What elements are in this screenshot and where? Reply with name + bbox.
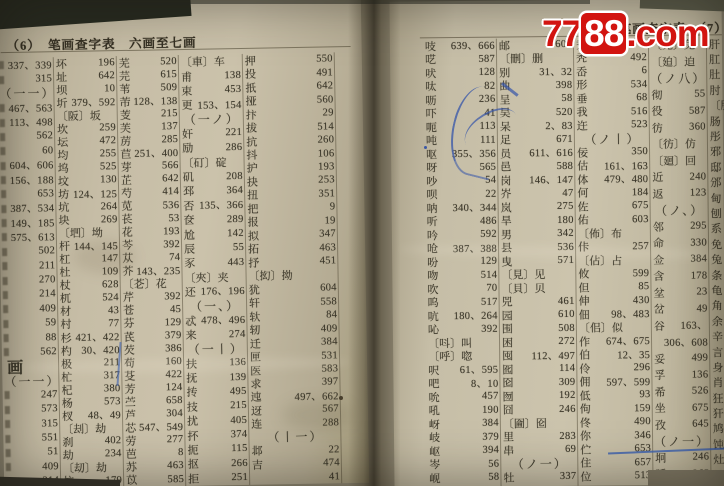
entry-character: （ノ、）	[655, 201, 704, 219]
entry-row: 返123	[651, 185, 707, 202]
entry-page-number: 639、666	[451, 38, 496, 53]
entry-character: 肠	[709, 113, 721, 129]
entry-row: 〔夾〕夹	[183, 269, 245, 284]
entry-page-number: 330	[690, 237, 708, 248]
entry-page-number: 22	[328, 444, 340, 455]
entry-page-number: 193	[318, 161, 336, 172]
clipped-character	[0, 147, 5, 155]
entry-character: 〔廻〕回	[651, 152, 696, 168]
entry-page-number: 58	[488, 472, 500, 483]
entry-page-number: 380	[104, 383, 122, 394]
entry-row: （一、）	[184, 298, 246, 313]
entry-row-number-only: 604、606	[3, 158, 55, 173]
entry-row: 奸221	[181, 126, 243, 141]
entry-row: 邠	[709, 174, 724, 190]
entry-row: 坌23	[652, 284, 708, 301]
entry-character: 苡	[125, 472, 137, 486]
clipped-character	[5, 435, 10, 443]
entry-page-number: 567	[322, 404, 340, 415]
entry-character: 返	[651, 186, 663, 202]
entry-page-number: 509	[161, 82, 179, 93]
watermark-com: .com	[626, 13, 708, 54]
entry-page-number: 384	[482, 418, 500, 429]
entry-page-number: 6	[642, 65, 649, 76]
entry-row: 邻295	[652, 218, 708, 235]
entry-row: 矶208	[182, 169, 244, 184]
entry-row: 抠266	[187, 456, 249, 471]
entry-row: 佥384	[652, 251, 708, 268]
entry-page-number: 274	[229, 328, 247, 339]
entry-page-number: 59	[45, 317, 57, 328]
entry-row: 鸠	[712, 421, 724, 437]
entry-page-number: 214	[39, 289, 57, 300]
entry-character: 刨	[710, 205, 722, 221]
entry-row: 肚108、	[708, 67, 724, 83]
entry-row: 余	[711, 313, 724, 329]
entry-row: 近240	[651, 168, 707, 185]
entry-character: 位	[579, 468, 591, 484]
entry-page-number: 93	[639, 389, 651, 400]
entry-character: 彷	[651, 120, 663, 136]
entry-page-number: 599	[633, 268, 651, 279]
entry-row-number-only: 409	[8, 459, 60, 474]
entry-row: 邪	[709, 144, 724, 160]
entry-row: 肛	[708, 51, 724, 67]
entry-page-number: 675	[632, 200, 650, 211]
entry-page-number: 113	[479, 121, 496, 132]
entry-page-number: 337	[560, 471, 578, 482]
entry-character: 谷	[653, 318, 665, 334]
entry-page-number: 653	[37, 188, 55, 199]
entry-page-number: 575、613	[11, 229, 56, 245]
entry-row: 邳364	[182, 183, 244, 198]
right-page: 笔画查字表 （7） 吱639、666呓587吠128呔82呖236吓41呃113…	[389, 0, 724, 486]
watermark: 7788.com	[542, 13, 709, 55]
entry-row: 孚136	[653, 366, 709, 383]
entry-character: 鸠	[712, 421, 724, 437]
clipped-character	[3, 305, 8, 313]
entry-page-number: 526	[692, 386, 710, 397]
entry-character: 灶	[712, 452, 724, 468]
clipped-character	[3, 291, 8, 299]
entry-page-number: 54	[485, 175, 497, 186]
entry-page-number: 379	[482, 431, 500, 442]
entry-page-number: 246	[559, 404, 577, 415]
entry-page-number: 138	[224, 70, 242, 81]
entry-page-number: 453	[225, 84, 243, 95]
entry-page-number: 657	[635, 457, 653, 468]
entry-row: 扼115	[186, 442, 248, 457]
entry-page-number: 523	[631, 119, 649, 130]
entry-row: 言	[711, 344, 724, 360]
entry-page-number: 23	[696, 287, 708, 298]
clipped-character	[0, 104, 5, 112]
entry-page-number: 47	[562, 188, 574, 199]
entry-page-number: 69	[565, 444, 577, 455]
entry-row: 彤	[709, 128, 724, 144]
entry-character: 邸	[709, 159, 721, 175]
entry-page-number: 317	[104, 370, 122, 381]
entry-character: 犴	[712, 405, 724, 421]
entry-page-number: 211	[39, 260, 56, 271]
clipped-character	[4, 334, 9, 342]
entry-row: 岔49	[653, 300, 709, 317]
entry-page-number: 409	[321, 323, 339, 334]
entry-row-number-only: 149、185	[4, 215, 56, 230]
entry-row: 抚139	[185, 370, 247, 385]
entry-page-number: 260	[317, 134, 335, 145]
clipped-character	[1, 162, 6, 170]
page-top-edge	[120, 0, 590, 4]
entry-page-number: 516	[631, 106, 649, 117]
entry-row: 抟495	[185, 384, 247, 399]
entry-character: 系	[710, 221, 722, 237]
entry-character: 妥	[653, 351, 665, 367]
entry-page-number: 451	[320, 256, 338, 267]
entry-page-number: 405	[230, 415, 248, 426]
entry-page-number: 587	[689, 105, 707, 116]
entry-page-number: 77	[108, 318, 120, 329]
entry-page-number: 560	[317, 94, 335, 105]
entry-page-number: 253	[318, 175, 336, 186]
entry-page-number: 180	[557, 215, 575, 226]
entry-page-number: 642	[98, 70, 116, 81]
entry-row: （ノ、）	[652, 201, 708, 218]
entry-page-number: 315	[35, 73, 53, 84]
entry-character: 兔	[710, 251, 722, 267]
entry-character: 身	[711, 359, 723, 375]
entry-page-number: 275	[557, 201, 575, 212]
entry-page-number: 84	[326, 309, 338, 320]
entry-page-number: 115	[231, 443, 248, 454]
entry-character: 役	[651, 103, 663, 119]
entry-row: 含178	[652, 267, 708, 284]
entry-row: 奁289	[182, 212, 244, 227]
entry-page-number: 56	[488, 458, 500, 469]
entry-page-number: 604	[320, 283, 338, 294]
entry-page-number: 41	[329, 471, 341, 482]
entry-row: 龟	[710, 282, 724, 298]
entry-page-number: 234	[105, 448, 123, 459]
clipped-character	[1, 176, 6, 184]
entry-row: 辰55	[183, 241, 245, 256]
entry-character: 岔	[653, 301, 665, 317]
entry-page-number: 251	[231, 472, 249, 483]
entry-row: 〔廻〕回	[651, 152, 707, 169]
entry-page-number: 221	[225, 127, 243, 138]
entry-page-number: 658	[166, 395, 184, 406]
entry-page-number: 467、563	[8, 100, 53, 116]
entry-page-number: 129	[165, 317, 183, 328]
entry-row: 扶136	[185, 355, 247, 370]
entry-character: 肘	[708, 82, 720, 98]
entry-page-number: 474	[323, 458, 341, 469]
entry-row: 坐675	[654, 399, 710, 416]
entry-page-number: 392	[164, 291, 182, 302]
entry-page-number: 215	[161, 108, 179, 119]
entry-page-number: 295	[690, 221, 708, 232]
entry-page-number: 130	[100, 175, 118, 186]
entry-character: 〔肐〕胳	[708, 97, 724, 113]
index-column: 337、339315（一一）467、563113、49856260604、606…	[1, 57, 62, 486]
entry-page-number: 55	[694, 89, 706, 100]
entry-page-number: 409	[42, 461, 60, 472]
entry-character: 含	[652, 268, 664, 284]
entry-row: 坰246	[654, 449, 710, 466]
entry-character: 角	[711, 298, 723, 314]
entry-page-number: 304	[166, 408, 184, 419]
entry-page-number: 384	[690, 254, 708, 265]
entry-row: （一ノ）	[181, 111, 243, 126]
entry-page-number: 517	[481, 296, 499, 307]
clipped-character	[2, 262, 7, 270]
entry-page-number: 111	[480, 134, 497, 145]
entry-page-number: 74	[169, 252, 181, 263]
entry-page-number: 88	[45, 332, 57, 343]
entry-page-number: 315	[41, 418, 59, 429]
entry-character: 拒	[187, 470, 199, 486]
entry-page-number: 604、606	[9, 157, 54, 173]
entry-page-number: 562	[36, 131, 54, 142]
entry-page-number: 43	[108, 305, 120, 316]
entry-page-number: 8、10	[471, 375, 500, 390]
entry-row: 系2	[710, 221, 724, 237]
entry-row-number-only: 387、534	[3, 201, 55, 216]
entry-row: 拒251	[187, 470, 249, 485]
entry-row: 辛	[711, 328, 724, 344]
clipped-character	[5, 420, 10, 428]
entry-character: 肖	[711, 375, 723, 391]
entry-page-number: 147	[102, 253, 120, 264]
entry-page-number: 178	[691, 270, 709, 281]
entry-page-number: 128	[478, 67, 496, 78]
entry-row: 甫138	[180, 68, 242, 83]
entry-row: 〔車〕车	[180, 54, 242, 69]
entry-character: 命	[652, 235, 664, 251]
entry-page-number: 58	[561, 93, 573, 104]
page-bottom-corner	[648, 470, 724, 486]
entry-page-number: 211	[104, 357, 121, 368]
entry-page-number: 615	[160, 69, 178, 80]
entry-row-number-only: 306、608	[653, 333, 709, 350]
book-gutter	[348, 0, 400, 486]
entry-page-number: 246	[693, 452, 711, 463]
entry-character: 肝	[708, 36, 720, 52]
entry-page-number: 384	[321, 336, 339, 347]
entry-page-number: 22	[485, 188, 497, 199]
entry-row-number-only: 575、613	[4, 230, 56, 245]
entry-page-number: 508	[558, 323, 576, 334]
entry-page-number: 430	[633, 295, 651, 306]
entry-page-number: 642	[317, 80, 335, 91]
entry-page-number: 277	[167, 434, 185, 445]
entry-page-number: 610	[558, 309, 576, 320]
entry-page-number: 149、185	[10, 215, 55, 231]
entry-character: 言	[711, 344, 723, 360]
entry-page-number: 350	[631, 146, 649, 157]
entry-page-number: 215	[230, 400, 248, 411]
entry-page-number: 479、480	[604, 171, 649, 186]
entry-page-number: 478、496	[201, 312, 246, 328]
entry-row-number-only: 315	[7, 416, 59, 431]
entry-character: 肛	[708, 51, 720, 67]
entry-character: 孚	[653, 367, 665, 383]
entry-character: 岘	[428, 470, 440, 486]
entry-character: 饨	[712, 436, 724, 452]
entry-character: 希	[653, 384, 665, 400]
entry-page-number: 397	[322, 377, 340, 388]
entry-page-number: 285	[161, 134, 179, 145]
entry-page-number: 573	[104, 396, 122, 407]
clipped-character	[2, 234, 7, 242]
entry-page-number: 288	[322, 417, 340, 428]
entry-row: 犴	[712, 405, 724, 421]
entry-page-number: 392	[481, 323, 499, 334]
entry-page-number: 112、497	[531, 348, 576, 363]
entry-row: 条	[710, 267, 724, 283]
entry-page-number: 113、498	[9, 114, 54, 130]
entry-row: 谷163、	[653, 317, 709, 334]
index-column: 〔車〕车甫138束453更153、154（一ノ）奸221励286〔矴〕碇矶208…	[180, 54, 251, 486]
entry-page-number: 2、83	[545, 118, 574, 133]
entry-page-number: 342	[557, 228, 575, 239]
entry-character: 免	[710, 236, 722, 252]
entry-row-number-only: 653	[3, 186, 55, 201]
entry-page-number: 159	[634, 403, 652, 414]
entry-page-number: 562	[40, 346, 58, 357]
index-column: 吱639、666呓587吠128呔82呖236吓41呃113吨111呕355、3…	[424, 39, 502, 486]
entry-row: 抔374	[186, 427, 248, 442]
entry-row-number-only: 502	[4, 244, 56, 259]
entry-page-number: 502	[38, 246, 56, 257]
entry-page-number: 142	[227, 228, 245, 239]
entry-character: 近	[651, 169, 663, 185]
entry-character: （ノ八）	[650, 69, 706, 87]
entry-page-number: 587	[478, 53, 496, 64]
entry-row: 忒478、496	[184, 312, 246, 327]
entry-row: （一一）	[6, 373, 58, 388]
entry-page-number: 68	[636, 92, 648, 103]
entry-page-number: 137	[161, 121, 179, 132]
entry-page-number: 585	[167, 474, 185, 485]
entry-row-number-only: 88	[6, 330, 58, 345]
entry-page-number: 9	[330, 202, 337, 213]
entry-row: 〔矴〕碇	[181, 154, 243, 169]
entry-page-number: 351	[318, 188, 336, 199]
entry-row: 束453	[180, 83, 242, 98]
entry-page-number: 490	[634, 416, 652, 427]
clipped-character	[3, 277, 8, 285]
entry-page-number: 129	[480, 256, 498, 267]
entry-page-number: 337、339	[8, 57, 53, 73]
entry-page-number: 29	[323, 107, 335, 118]
entry-page-number: 409	[39, 303, 57, 314]
entry-page-number: 208	[226, 170, 244, 181]
entry-page-number: 53	[168, 213, 180, 224]
entry-page-number: 283	[559, 431, 577, 442]
entry-page-number: 296	[634, 362, 652, 373]
entry-row: 妥499	[653, 350, 709, 367]
entry-character: 辛	[711, 328, 723, 344]
entry-page-number: 463	[167, 460, 185, 471]
clipped-character	[2, 219, 7, 227]
index-column: 押550投491扺642挜560抃29拔514抗260抖106护193抉253扭…	[244, 52, 343, 485]
entry-page-number: 55	[233, 242, 245, 253]
entry-page-number: 70	[486, 283, 498, 294]
entry-page-number: 60	[42, 145, 54, 156]
entry-row-number-only: 156、188	[3, 172, 55, 187]
entry-row: 灶	[712, 451, 724, 467]
entry-page-number: 196	[98, 57, 116, 68]
clipped-character	[3, 320, 8, 328]
entry-row: 孜645	[654, 416, 710, 433]
entry-character: 狂	[712, 390, 724, 406]
entry-row: 角	[711, 297, 724, 313]
entry-row: （ノ八）	[650, 69, 706, 86]
entry-page-number: 45	[170, 304, 182, 315]
entry-character: 坰	[654, 450, 666, 466]
entry-page-number: 257	[632, 241, 650, 252]
entry-page-number: 255	[100, 148, 118, 159]
left-page: （6） 笔画查字表 六画至七画 337、339315（一一）467、563113…	[0, 0, 369, 486]
entry-page-number: 340、344	[452, 200, 497, 215]
entry-page-number: 387、388	[453, 240, 498, 255]
clipped-character	[0, 133, 5, 141]
entry-row-number-only: 41	[251, 470, 341, 485]
entry-page-number: 266	[231, 458, 249, 469]
entry-row-number-only: 337、339	[1, 57, 53, 72]
entry-page-number: 114	[559, 363, 576, 374]
entry-page-number: 491	[316, 67, 334, 78]
entry-character: 佥	[652, 252, 664, 268]
entry-page-number: 136	[692, 369, 710, 380]
entry-page-number: 414	[162, 187, 180, 198]
entry-page-number: 534	[631, 79, 649, 90]
entry-row-number-only: 51	[8, 445, 60, 460]
entry-row: 身	[711, 359, 724, 375]
clipped-character	[0, 76, 4, 84]
entry-page-number: 193	[163, 226, 181, 237]
entry-page-number: 588	[556, 161, 574, 172]
entry-row: 肖	[711, 374, 724, 390]
clipped-character	[6, 463, 11, 471]
entry-page-number: 12、35	[617, 347, 651, 362]
entry-row: 尬142	[183, 226, 245, 241]
entry-row-number-only: 270	[5, 273, 57, 288]
entry-row-number-only: 247	[7, 387, 59, 402]
entry-page-number: 422	[166, 369, 184, 380]
index-column: 邮600〔刪〕删别31、32曲398呈58吴520呆2、83足671员611、6…	[498, 38, 579, 486]
entry-page-number: 379	[165, 330, 183, 341]
entry-page-number: 392	[163, 239, 181, 250]
entry-page-number: 146、147	[529, 172, 574, 187]
entry-row: 岘58	[428, 471, 500, 485]
entry-row-number-only: 562	[2, 129, 54, 144]
entry-page-number: 536	[557, 242, 575, 253]
entry-page-number: 309	[559, 377, 577, 388]
entry-row: 彷360	[651, 119, 707, 136]
entry-page-number: 597、599	[606, 374, 651, 389]
entry-page-number: 573	[41, 403, 59, 414]
entry-row: 免	[710, 236, 724, 252]
entry-page-number: 264	[101, 201, 119, 212]
entry-character: 孜	[654, 417, 666, 433]
entry-row-number-only: 551	[7, 431, 59, 446]
entry-page-number: 472	[99, 135, 117, 146]
entry-row: 兔	[710, 251, 724, 267]
entry-page-number: 524	[102, 292, 120, 303]
entry-character: （ノ一）	[654, 432, 710, 450]
